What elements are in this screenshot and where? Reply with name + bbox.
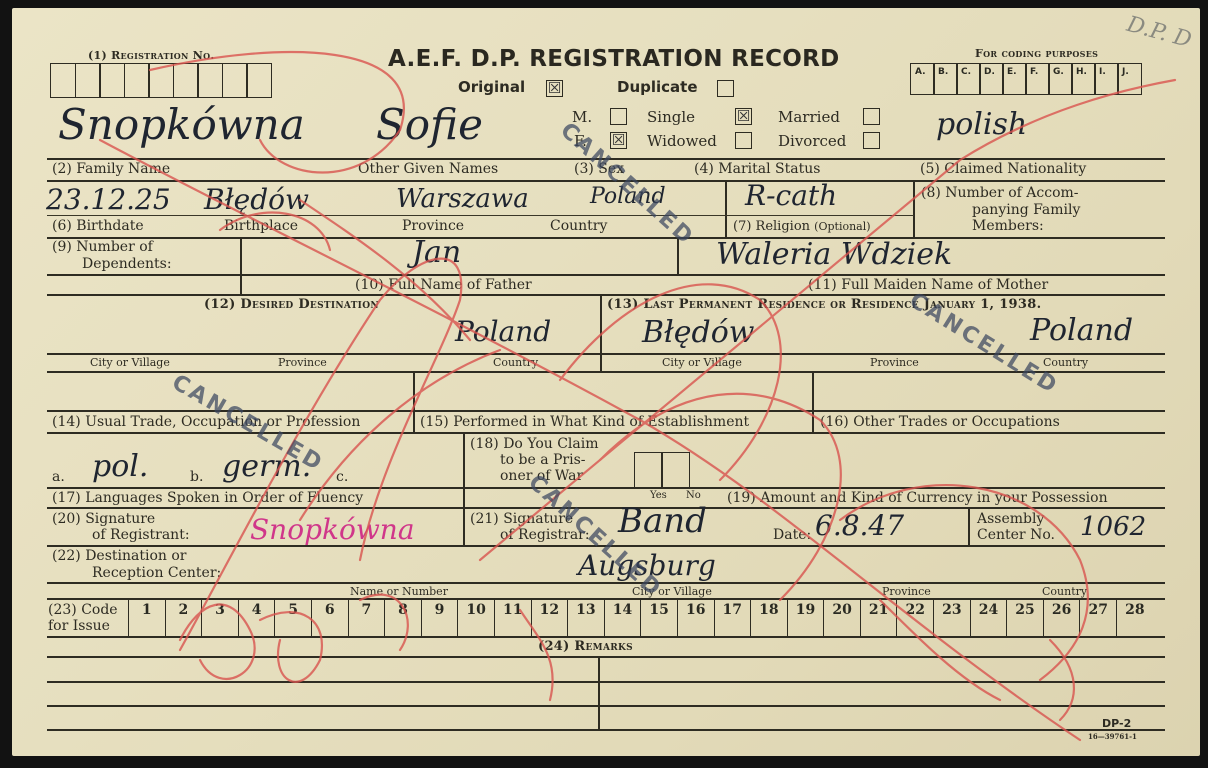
pow-yes-box[interactable] (634, 452, 663, 489)
divider (47, 294, 1165, 296)
registrar-signature-value[interactable]: Band (618, 504, 707, 538)
remarks-line[interactable] (47, 656, 1165, 658)
pow-no-label: No (686, 491, 701, 501)
assembly-center-label-1: Assembly (977, 512, 1044, 526)
registration-number-cells[interactable] (50, 63, 271, 98)
lang-b-label: b. (190, 470, 203, 484)
registration-cell[interactable] (246, 63, 272, 98)
religion-value[interactable]: R-cath (745, 182, 837, 210)
coding-cells: A. B. C. D. E. F. G. H. I. J. (910, 63, 1140, 95)
registration-cell[interactable] (148, 63, 174, 98)
divider (725, 180, 727, 238)
form-title: A.E.F. D.P. REGISTRATION RECORD (388, 46, 840, 72)
dependents-label-2: Dependents: (82, 257, 172, 271)
remarks-label: (24) Remarks (538, 640, 633, 653)
reception-country-label: Country (1042, 586, 1087, 597)
date-value[interactable]: 6.8.47 (815, 512, 904, 540)
family-name-value[interactable]: Snopkówna (58, 104, 305, 146)
divider (47, 507, 1165, 509)
divider (47, 487, 464, 489)
pow-yes-label: Yes (650, 491, 667, 501)
divider (47, 582, 1165, 584)
marital-status-label: (4) Marital Status (694, 162, 820, 176)
religion-label: (7) Religion (Optional) (733, 220, 871, 233)
birth-province-label: Province (402, 219, 464, 233)
code-cell[interactable]: 13 (567, 598, 604, 636)
registration-cell[interactable] (50, 63, 76, 98)
married-checkbox[interactable] (863, 108, 880, 125)
coding-cell[interactable]: E. (1002, 63, 1027, 95)
religion-label-text: (7) Religion (733, 219, 810, 234)
divorced-checkbox[interactable] (863, 132, 880, 149)
coding-label: For coding purposes (975, 48, 1098, 59)
accompanying-label-1: (8) Number of Accom- (921, 186, 1079, 200)
coding-cell[interactable]: J. (1117, 63, 1142, 95)
code-cell[interactable]: 6 (311, 598, 348, 636)
divider (463, 487, 1165, 489)
code-cell[interactable]: 28 (1116, 598, 1153, 636)
registration-cell[interactable] (222, 63, 248, 98)
coding-cell[interactable]: F. (1025, 63, 1050, 95)
divider (913, 180, 915, 238)
code-issue-label-2: for Issue (48, 619, 110, 633)
code-cell[interactable]: 27 (1079, 598, 1116, 636)
divider (47, 636, 1165, 638)
code-issue-grid: 1 2 3 4 5 6 7 8 9 10 11 12 13 14 15 16 1… (128, 598, 1153, 636)
lang-a-label: a. (52, 470, 65, 484)
assembly-center-value[interactable]: 1062 (1080, 514, 1146, 540)
registration-cell[interactable] (173, 63, 199, 98)
divider (598, 656, 600, 730)
family-name-label: (2) Family Name (52, 162, 170, 176)
last-residence-label: (13) Last Permanent Residence or Residen… (607, 298, 1041, 311)
original-label: Original (458, 80, 525, 95)
registration-cell[interactable] (124, 63, 150, 98)
currency-label: (19) Amount and Kind of Currency in your… (727, 491, 1108, 505)
coding-cell[interactable]: I. (1094, 63, 1119, 95)
coding-cell[interactable]: G. (1048, 63, 1073, 95)
remarks-line[interactable] (47, 705, 1165, 707)
birth-country-label: Country (550, 219, 607, 233)
registration-cell[interactable] (99, 63, 125, 98)
desired-country-value[interactable]: Poland (455, 318, 551, 346)
coding-cell[interactable]: B. (933, 63, 958, 95)
residence-country-value[interactable]: Poland (1030, 316, 1133, 346)
registration-cell[interactable] (75, 63, 101, 98)
nationality-label: (5) Claimed Nationality (920, 162, 1086, 176)
birth-province-value[interactable]: Warszawa (396, 186, 529, 212)
code-cell[interactable]: 2 (165, 598, 202, 636)
coding-cell[interactable]: H. (1071, 63, 1096, 95)
form-number: DP-2 (1102, 718, 1131, 729)
desired-city-label: City or Village (90, 357, 170, 368)
lang-c-label: c. (336, 470, 348, 484)
divider (413, 371, 415, 433)
code-cell[interactable]: 4 (238, 598, 275, 636)
divider (47, 215, 914, 216)
code-cell[interactable]: 14 (604, 598, 641, 636)
birthplace-label: Birthplace (224, 219, 298, 233)
given-names-value[interactable]: Sofie (376, 104, 483, 146)
divider (812, 371, 814, 433)
code-cell[interactable]: 26 (1043, 598, 1080, 636)
lang-a-value[interactable]: pol. (92, 452, 148, 482)
coding-cell[interactable]: D. (979, 63, 1004, 95)
religion-optional-note: (Optional) (814, 220, 870, 233)
establishment-label: (15) Performed in What Kind of Establish… (420, 415, 749, 429)
code-cell[interactable]: 20 (823, 598, 860, 636)
code-cell[interactable]: 15 (640, 598, 677, 636)
divorced-label: Divorced (778, 134, 846, 149)
code-cell[interactable]: 23 (933, 598, 970, 636)
divider (463, 432, 465, 546)
coding-cell[interactable]: C. (956, 63, 981, 95)
reception-label-2: Reception Center: (92, 566, 221, 580)
code-cell[interactable]: 1 (128, 598, 165, 636)
code-cell[interactable]: 18 (750, 598, 787, 636)
code-cell[interactable]: 8 (384, 598, 421, 636)
nationality-value[interactable]: polish (936, 110, 1027, 140)
accompanying-label-3: Members: (972, 219, 1044, 233)
code-cell[interactable]: 25 (1006, 598, 1043, 636)
dependents-label-1: (9) Number of (52, 240, 153, 254)
code-cell[interactable]: 22 (896, 598, 933, 636)
reception-province-label: Province (882, 586, 931, 597)
pow-no-box[interactable] (661, 452, 690, 489)
desired-destination-label: (12) Desired Destination (204, 298, 379, 311)
divider (47, 237, 1165, 239)
single-label: Single (647, 110, 695, 125)
residence-country-label: Country (1043, 357, 1088, 368)
registrant-signature-value[interactable]: Snopkówna (250, 516, 415, 544)
divider (600, 294, 602, 372)
code-cell[interactable]: 16 (677, 598, 714, 636)
code-cell[interactable]: 5 (274, 598, 311, 636)
coding-cell[interactable]: A. (910, 63, 935, 95)
languages-label: (17) Languages Spoken in Order of Fluenc… (52, 491, 363, 505)
code-cell[interactable]: 12 (531, 598, 568, 636)
print-code: 16—39761-1 (1088, 733, 1137, 740)
birthplace-value[interactable]: Błędów (204, 186, 309, 214)
divider (968, 507, 970, 546)
father-label: (10) Full Name of Father (355, 278, 532, 292)
mother-label: (11) Full Maiden Name of Mother (808, 278, 1048, 292)
pow-label-2: to be a Pris- (500, 453, 586, 467)
duplicate-label: Duplicate (617, 80, 698, 95)
registration-cell[interactable] (197, 63, 223, 98)
divider (47, 371, 1165, 373)
duplicate-checkbox[interactable] (717, 80, 734, 97)
residence-province-label: Province (870, 357, 919, 368)
pow-label-1: (18) Do You Claim (470, 437, 599, 451)
code-issue-label-1: (23) Code (48, 603, 118, 617)
code-cell[interactable]: 9 (421, 598, 458, 636)
code-cell[interactable]: 24 (970, 598, 1007, 636)
code-cell[interactable]: 11 (494, 598, 531, 636)
code-cell[interactable]: 21 (860, 598, 897, 636)
married-label: Married (778, 110, 840, 125)
father-value[interactable]: Jan (412, 238, 461, 268)
birthdate-value[interactable]: 23.12.25 (46, 186, 171, 214)
code-cell[interactable]: 3 (201, 598, 238, 636)
accompanying-label-2: panying Family (972, 203, 1080, 217)
code-cell[interactable]: 17 (714, 598, 751, 636)
widowed-checkbox[interactable] (735, 132, 752, 149)
reception-label-1: (22) Destination or (52, 549, 186, 563)
residence-city-value[interactable]: Błędów (642, 318, 754, 348)
registration-number-label: (1) Registration No. (88, 50, 215, 61)
remarks-line[interactable] (47, 681, 1165, 683)
code-cell[interactable]: 10 (457, 598, 494, 636)
trade-label: (14) Usual Trade, Occupation or Professi… (52, 415, 360, 429)
sex-m-checkbox[interactable] (610, 108, 627, 125)
divider (47, 432, 1165, 434)
single-checkbox[interactable]: ☒ (735, 108, 752, 125)
date-label: Date: (773, 528, 811, 542)
mother-value[interactable]: Waleria Wdziek (716, 240, 952, 270)
sex-f-checkbox[interactable]: ☒ (610, 132, 627, 149)
widowed-label: Widowed (647, 134, 717, 149)
desired-province-label: Province (278, 357, 327, 368)
code-cell[interactable]: 19 (787, 598, 824, 636)
other-trades-label: (16) Other Trades or Occupations (820, 415, 1060, 429)
reception-name-label: Name or Number (350, 586, 448, 597)
desired-country-label: Country (493, 357, 538, 368)
assembly-center-label-2: Center No. (977, 528, 1055, 542)
residence-city-label: City or Village (662, 357, 742, 368)
registrant-signature-label-2: of Registrant: (92, 528, 190, 542)
remarks-line[interactable] (47, 729, 1165, 731)
divider (240, 237, 242, 295)
birthdate-label: (6) Birthdate (52, 219, 144, 233)
registrant-signature-label-1: (20) Signature (52, 512, 155, 526)
divider (47, 274, 1165, 276)
original-checkbox[interactable]: ☒ (546, 80, 563, 97)
given-names-label: Other Given Names (358, 162, 498, 176)
code-cell[interactable]: 7 (348, 598, 385, 636)
